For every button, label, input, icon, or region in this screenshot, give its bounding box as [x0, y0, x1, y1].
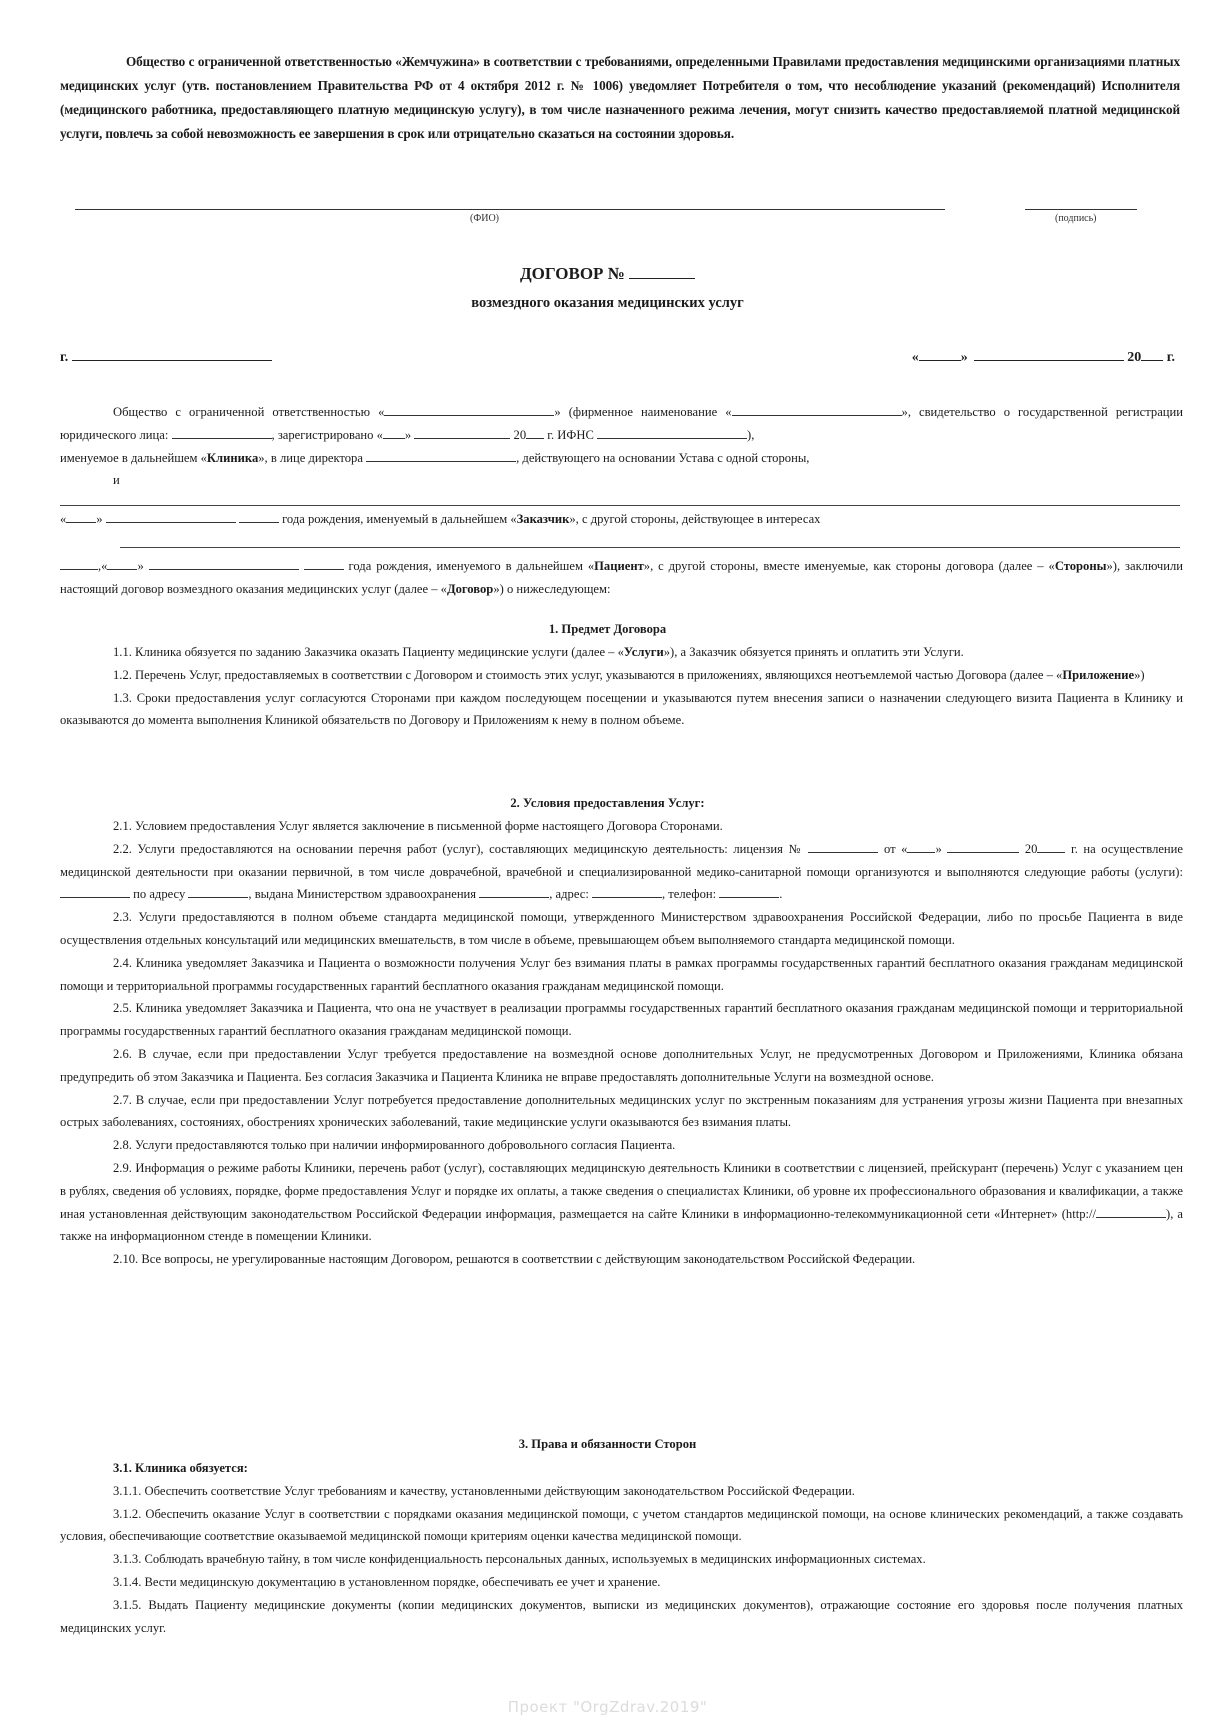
- clause-2-4: 2.4. Клиника уведомляет Заказчика и Паци…: [60, 952, 1183, 998]
- clause-3-1-4: 3.1.4. Вести медицинскую документацию в …: [60, 1571, 1183, 1594]
- parties-patient: ,«» года рождения, именуемого в дальнейш…: [60, 555, 1183, 601]
- clause-2-6: 2.6. В случае, если при предоставлении У…: [60, 1043, 1183, 1089]
- month-blank: [974, 360, 1124, 361]
- clause-2-7: 2.7. В случае, если при предоставлении У…: [60, 1089, 1183, 1135]
- clause-2-5: 2.5. Клиника уведомляет Заказчика и Паци…: [60, 997, 1183, 1043]
- clause-1-1: 1.1. Клиника обязуется по заданию Заказч…: [60, 641, 1183, 664]
- contract-title: ДОГОВОР №: [0, 264, 1215, 284]
- date-field: «» 20 г.: [912, 350, 1175, 366]
- clause-3-1-2: 3.1.2. Обеспечить оказание Услуг в соотв…: [60, 1503, 1183, 1549]
- consumer-notice: Общество с ограниченной ответственностью…: [60, 50, 1180, 146]
- clause-3-1-3: 3.1.3. Соблюдать врачебную тайну, в том …: [60, 1548, 1183, 1571]
- subsection-3-1-title: 3.1. Клиника обязуется:: [60, 1457, 1183, 1480]
- year-blank: [1141, 360, 1163, 361]
- city-field: г.: [60, 350, 272, 366]
- patient-name-line: [120, 547, 1180, 548]
- signature-line: [1025, 209, 1137, 210]
- section-3-title: 3. Права и обязанности Сторон: [0, 1437, 1215, 1452]
- parties-clinic: Общество с ограниченной ответственностью…: [60, 401, 1183, 492]
- parties-customer: «» года рождения, именуемый в дальнейшем…: [60, 508, 1183, 531]
- clause-1-2: 1.2. Перечень Услуг, предоставляемых в с…: [60, 664, 1183, 687]
- and-word: и: [113, 473, 120, 487]
- section-2-body: 2.1. Условием предоставления Услуг являе…: [60, 815, 1183, 1271]
- clause-3-1-1: 3.1.1. Обеспечить соответствие Услуг тре…: [60, 1480, 1183, 1503]
- clause-2-10: 2.10. Все вопросы, не урегулированные на…: [60, 1248, 1183, 1271]
- section-2-title: 2. Условия предоставления Услуг:: [0, 796, 1215, 811]
- clause-2-8: 2.8. Услуги предоставляются только при н…: [60, 1134, 1183, 1157]
- clause-2-1: 2.1. Условием предоставления Услуг являе…: [60, 815, 1183, 838]
- contract-subtitle: возмездного оказания медицинских услуг: [0, 295, 1215, 312]
- city-blank: [72, 360, 272, 361]
- fio-caption: (ФИО): [470, 213, 499, 224]
- clause-2-3: 2.3. Услуги предоставляются в полном объ…: [60, 906, 1183, 952]
- day-blank: [919, 360, 961, 361]
- section-1-title: 1. Предмет Договора: [0, 622, 1215, 637]
- section-1-body: 1.1. Клиника обязуется по заданию Заказч…: [60, 641, 1183, 732]
- clause-2-9: 2.9. Информация о режиме работы Клиники,…: [60, 1157, 1183, 1248]
- watermark: Проект "OrgZdrav.2019": [0, 1698, 1215, 1716]
- section-3-body: 3.1. Клиника обязуется: 3.1.1. Обеспечит…: [60, 1457, 1183, 1639]
- clause-3-1-5: 3.1.5. Выдать Пациенту медицинские докум…: [60, 1594, 1183, 1640]
- customer-name-line: [60, 505, 1180, 506]
- signature-caption: (подпись): [1055, 213, 1097, 224]
- contract-page: Общество с ограниченной ответственностью…: [0, 0, 1215, 1725]
- fio-line: [75, 209, 945, 210]
- contract-number-blank: [629, 264, 695, 279]
- clause-2-2: 2.2. Услуги предоставляются на основании…: [60, 838, 1183, 906]
- clause-1-3: 1.3. Сроки предоставления услуг согласую…: [60, 687, 1183, 733]
